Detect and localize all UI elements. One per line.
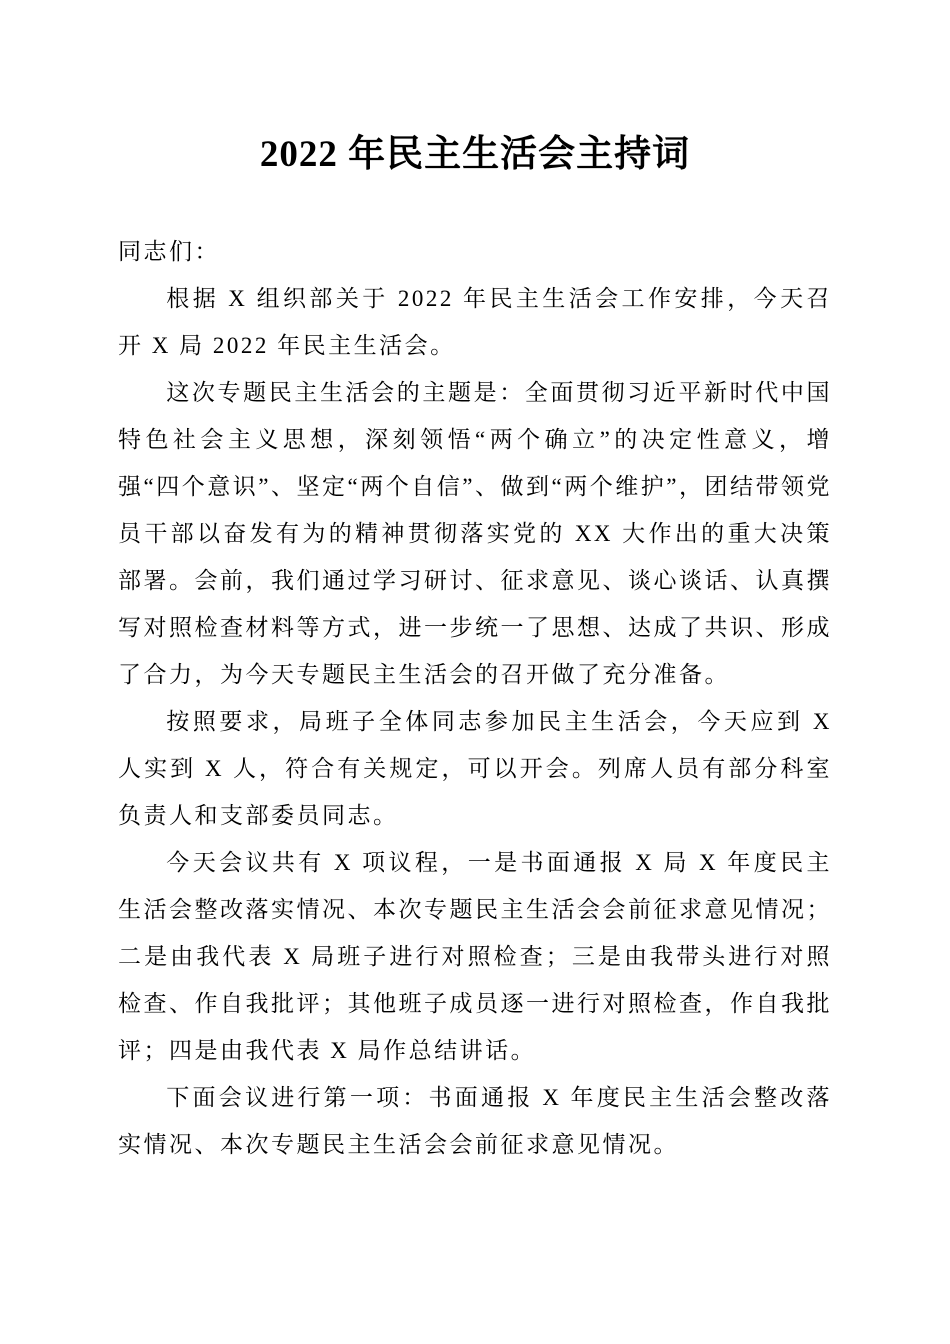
paragraph-meeting-theme: 这次专题民主生活会的主题是：全面贯彻习近平新时代中国特色社会主义思想，深刻领悟“… <box>118 369 832 698</box>
document-body: 同志们： 根据 X 组织部关于 2022 年民主生活会工作安排，今天召开 X 局… <box>118 228 832 1168</box>
paragraph-agenda: 今天会议共有 X 项议程，一是书面通报 X 局 X 年度民主生活会整改落实情况、… <box>118 839 832 1074</box>
document-title: 2022 年民主生活会主持词 <box>118 126 832 184</box>
paragraph-first-agenda-item: 下面会议进行第一项：书面通报 X 年度民主生活会整改落实情况、本次专题民主生活会… <box>118 1074 832 1168</box>
paragraph-attendance: 按照要求，局班子全体同志参加民主生活会，今天应到 X 人实到 X 人，符合有关规… <box>118 698 832 839</box>
paragraph-salutation: 同志们： <box>118 228 832 275</box>
document-page: 2022 年民主生活会主持词 同志们： 根据 X 组织部关于 2022 年民主生… <box>0 0 950 1344</box>
paragraph-opening: 根据 X 组织部关于 2022 年民主生活会工作安排，今天召开 X 局 2022… <box>118 275 832 369</box>
